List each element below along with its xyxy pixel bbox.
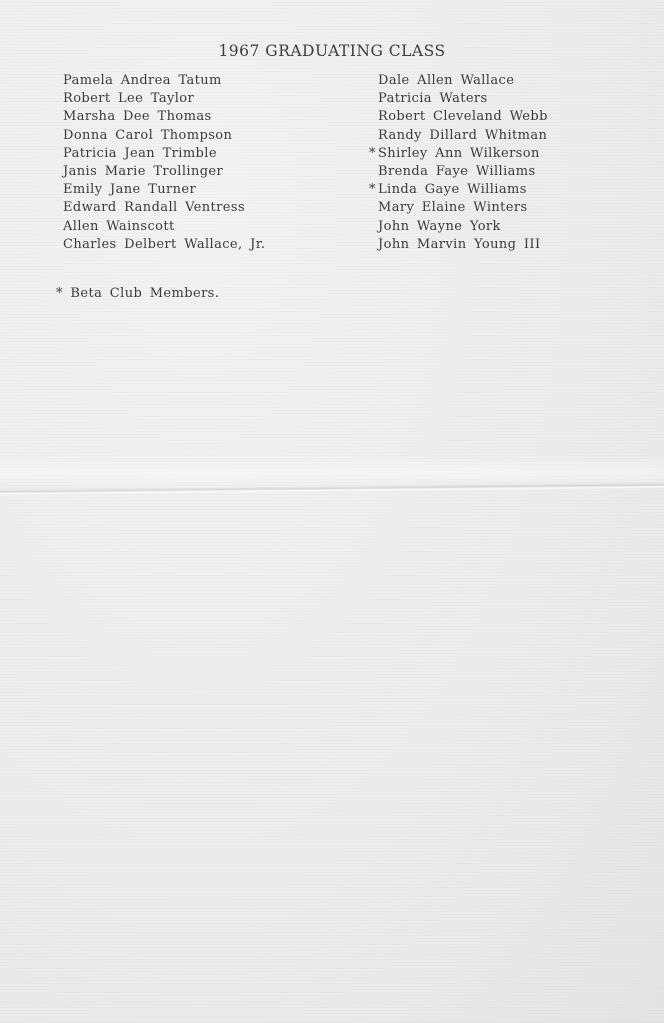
graduate-name: Pamela Andrea Tatum: [63, 72, 265, 90]
graduate-name: Marsha Dee Thomas: [63, 108, 265, 126]
graduates-left-column: Pamela Andrea TatumRobert Lee TaylorMars…: [63, 72, 265, 254]
graduate-name: Charles Delbert Wallace, Jr.: [63, 236, 265, 254]
document-title: 1967 GRADUATING CLASS: [0, 42, 664, 60]
graduate-name: Brenda Faye Williams: [369, 163, 548, 181]
graduate-name-text: Marsha Dee Thomas: [63, 109, 212, 124]
graduate-name-text: Janis Marie Trollinger: [63, 164, 223, 179]
beta-club-marker: *: [369, 145, 376, 163]
beta-club-marker: *: [369, 181, 376, 199]
graduate-name: *Linda Gaye Williams: [369, 181, 548, 199]
graduate-name-text: Robert Cleveland Webb: [378, 109, 548, 124]
graduate-name-text: Donna Carol Thompson: [63, 128, 232, 143]
graduate-name-text: Brenda Faye Williams: [378, 164, 536, 179]
graduate-name: Randy Dillard Whitman: [369, 127, 548, 145]
graduate-name-text: Randy Dillard Whitman: [378, 128, 547, 143]
graduate-name: Allen Wainscott: [63, 218, 265, 236]
graduate-name: Patricia Jean Trimble: [63, 145, 265, 163]
graduates-right-column: Dale Allen WallacePatricia WatersRobert …: [369, 72, 548, 254]
fold-highlight: [0, 455, 664, 485]
graduate-name: Donna Carol Thompson: [63, 127, 265, 145]
graduate-name: *Shirley Ann Wilkerson: [369, 145, 548, 163]
graduate-name: Dale Allen Wallace: [369, 72, 548, 90]
graduate-name-text: Patricia Waters: [378, 91, 488, 106]
graduate-name-text: Shirley Ann Wilkerson: [378, 146, 540, 161]
graduate-name: Emily Jane Turner: [63, 181, 265, 199]
graduate-name-text: John Marvin Young III: [378, 237, 540, 252]
graduate-name-text: Dale Allen Wallace: [378, 73, 514, 88]
graduate-name-text: Linda Gaye Williams: [378, 182, 527, 197]
graduate-name-text: Mary Elaine Winters: [378, 200, 528, 215]
graduate-name-text: Allen Wainscott: [63, 219, 175, 234]
graduate-name: Robert Cleveland Webb: [369, 108, 548, 126]
graduate-name-text: John Wayne York: [378, 219, 501, 234]
graduate-name: Patricia Waters: [369, 90, 548, 108]
graduate-name: Janis Marie Trollinger: [63, 163, 265, 181]
graduate-name-text: Pamela Andrea Tatum: [63, 73, 222, 88]
graduate-name-text: Charles Delbert Wallace, Jr.: [63, 237, 265, 252]
graduate-name-text: Edward Randall Ventress: [63, 200, 245, 215]
graduate-name-text: Emily Jane Turner: [63, 182, 196, 197]
graduate-name: John Wayne York: [369, 218, 548, 236]
beta-club-footnote: * Beta Club Members.: [56, 286, 219, 301]
graduate-name-text: Robert Lee Taylor: [63, 91, 194, 106]
graduate-name: Edward Randall Ventress: [63, 199, 265, 217]
graduate-name: Robert Lee Taylor: [63, 90, 265, 108]
graduate-name-text: Patricia Jean Trimble: [63, 146, 217, 161]
graduate-name: John Marvin Young III: [369, 236, 548, 254]
graduate-name: Mary Elaine Winters: [369, 199, 548, 217]
